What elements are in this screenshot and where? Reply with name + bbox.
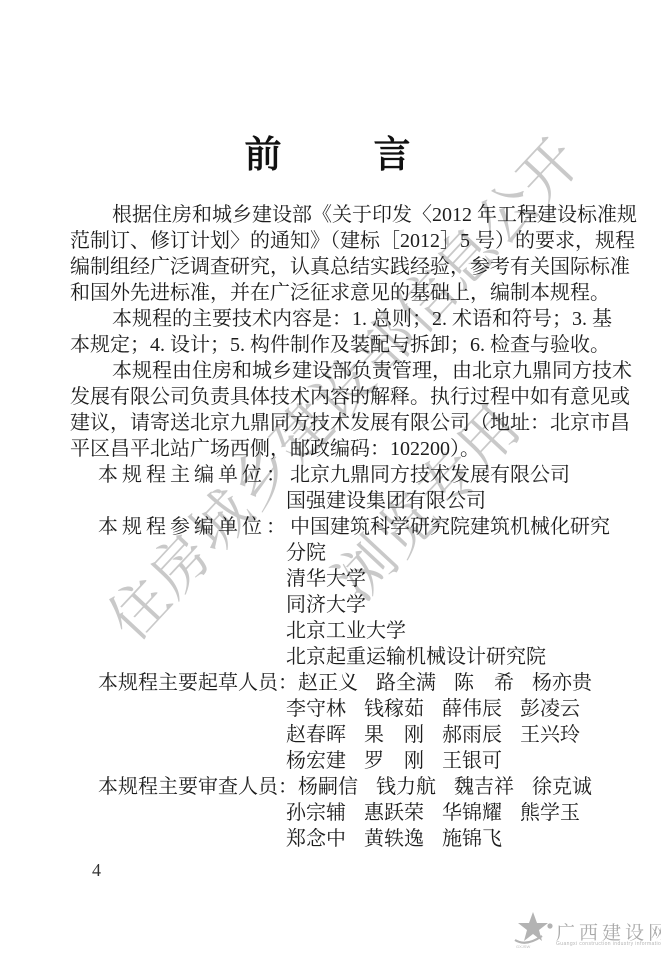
document-page: 住房城乡建设部信息公开 浏览专用 前 言 根据住房和城乡建设部《关于印发〈201…	[0, 0, 661, 958]
credit-label: 本规程主要审查人员：	[98, 774, 298, 800]
person-name: 施锦飞	[442, 826, 502, 852]
person-name: 熊学玉	[520, 800, 580, 826]
credit-value: 国强建设集团有限公司	[70, 488, 586, 514]
body-line: 本规程由住房和城乡建设部负责管理，由北京九鼎同方技术	[70, 358, 586, 384]
credit-label: 本规程主要起草人员：	[98, 670, 298, 696]
person-name: 杨宏建	[286, 748, 346, 774]
credit-value: 北京工业大学	[70, 618, 586, 644]
svg-text:GXJSW: GXJSW	[516, 944, 530, 949]
person-name: 王兴玲	[520, 722, 580, 748]
body-line: 编制组经广泛调查研究，认真总结实践经验，参考有关国际标准	[70, 254, 586, 280]
credit-row: 李守林钱稼茹薛伟辰彭凌云	[70, 696, 586, 722]
person-name: 赵正义	[298, 670, 358, 696]
credit-value: 北京九鼎同方技术发展有限公司	[290, 464, 570, 486]
person-name: 华锦耀	[442, 800, 502, 826]
person-name: 郑念中	[286, 826, 346, 852]
credit-value: 分院	[70, 540, 586, 566]
body-line: 和国外先进标准，并在广泛征求意见的基础上，编制本规程。	[70, 280, 586, 306]
person-name: 李守林	[286, 696, 346, 722]
person-name: 彭凌云	[520, 696, 580, 722]
credit-row: 杨宏建罗 刚王银可	[70, 748, 586, 774]
body-line: 根据住房和城乡建设部《关于印发〈2012 年工程建设标准规	[70, 202, 586, 228]
page-number: 4	[92, 860, 101, 881]
person-name: 魏吉祥	[454, 774, 514, 800]
body-line: 本规程的主要技术内容是：1. 总则；2. 术语和符号；3. 基	[70, 306, 586, 332]
credit-value: 北京起重运输机械设计研究院	[70, 644, 586, 670]
page-title: 前 言	[0, 124, 661, 178]
person-name: 郝雨辰	[442, 722, 502, 748]
credit-row: 郑念中黄轶逸施锦飞	[70, 826, 586, 852]
credit-row: 本规程参编单位：中国建筑科学研究院建筑机械化研究	[70, 514, 586, 540]
person-name: 杨嗣信	[298, 774, 358, 800]
person-name: 罗 刚	[364, 748, 424, 774]
person-name: 惠跃荣	[364, 800, 424, 826]
credit-value: 同济大学	[70, 592, 586, 618]
credit-label: 本规程参编单位：	[98, 514, 290, 540]
person-name: 钱稼茹	[364, 696, 424, 722]
person-name: 王银可	[442, 748, 502, 774]
credit-row: 本规程主编单位：北京九鼎同方技术发展有限公司	[70, 462, 586, 488]
body-line: 建议，请寄送北京九鼎同方技术发展有限公司（地址：北京市昌	[70, 410, 586, 436]
credit-row: 赵春晖果 刚郝雨辰王兴玲	[70, 722, 586, 748]
person-name: 黄轶逸	[364, 826, 424, 852]
credit-value: 中国建筑科学研究院建筑机械化研究	[290, 516, 610, 538]
body-line: 发展有限公司负责具体技术内容的解释。执行过程中如有意见或	[70, 384, 586, 410]
star-swoosh-icon: GXJSW	[512, 910, 554, 955]
person-name: 钱力航	[376, 774, 436, 800]
person-name: 徐克诚	[532, 774, 592, 800]
person-name: 果 刚	[364, 722, 424, 748]
person-name: 陈 希	[454, 670, 514, 696]
body-text: 根据住房和城乡建设部《关于印发〈2012 年工程建设标准规 范制订、修订计划〉的…	[70, 202, 586, 852]
credit-row: 本规程主要起草人员：赵正义路全满陈 希杨亦贵	[70, 670, 586, 696]
person-name: 杨亦贵	[532, 670, 592, 696]
credit-label: 本规程主编单位：	[98, 462, 290, 488]
person-name: 路全满	[376, 670, 436, 696]
body-line: 平区昌平北站广场西侧，邮政编码：102200）。	[70, 436, 586, 462]
credit-row: 孙宗辅惠跃荣华锦耀熊学玉	[70, 800, 586, 826]
credit-value: 清华大学	[70, 566, 586, 592]
body-line: 本规定；4. 设计；5. 构件制作及装配与拆卸；6. 检查与验收。	[70, 332, 586, 358]
person-name: 孙宗辅	[286, 800, 346, 826]
site-logo-subtitle: Guangxi construction industry informatio…	[556, 941, 661, 947]
body-line: 范制订、修订计划〉的通知》（建标［2012］5 号）的要求，规程	[70, 228, 586, 254]
person-name: 薛伟辰	[442, 696, 502, 722]
credit-row: 本规程主要审查人员：杨嗣信钱力航魏吉祥徐克诚	[70, 774, 586, 800]
person-name: 赵春晖	[286, 722, 346, 748]
